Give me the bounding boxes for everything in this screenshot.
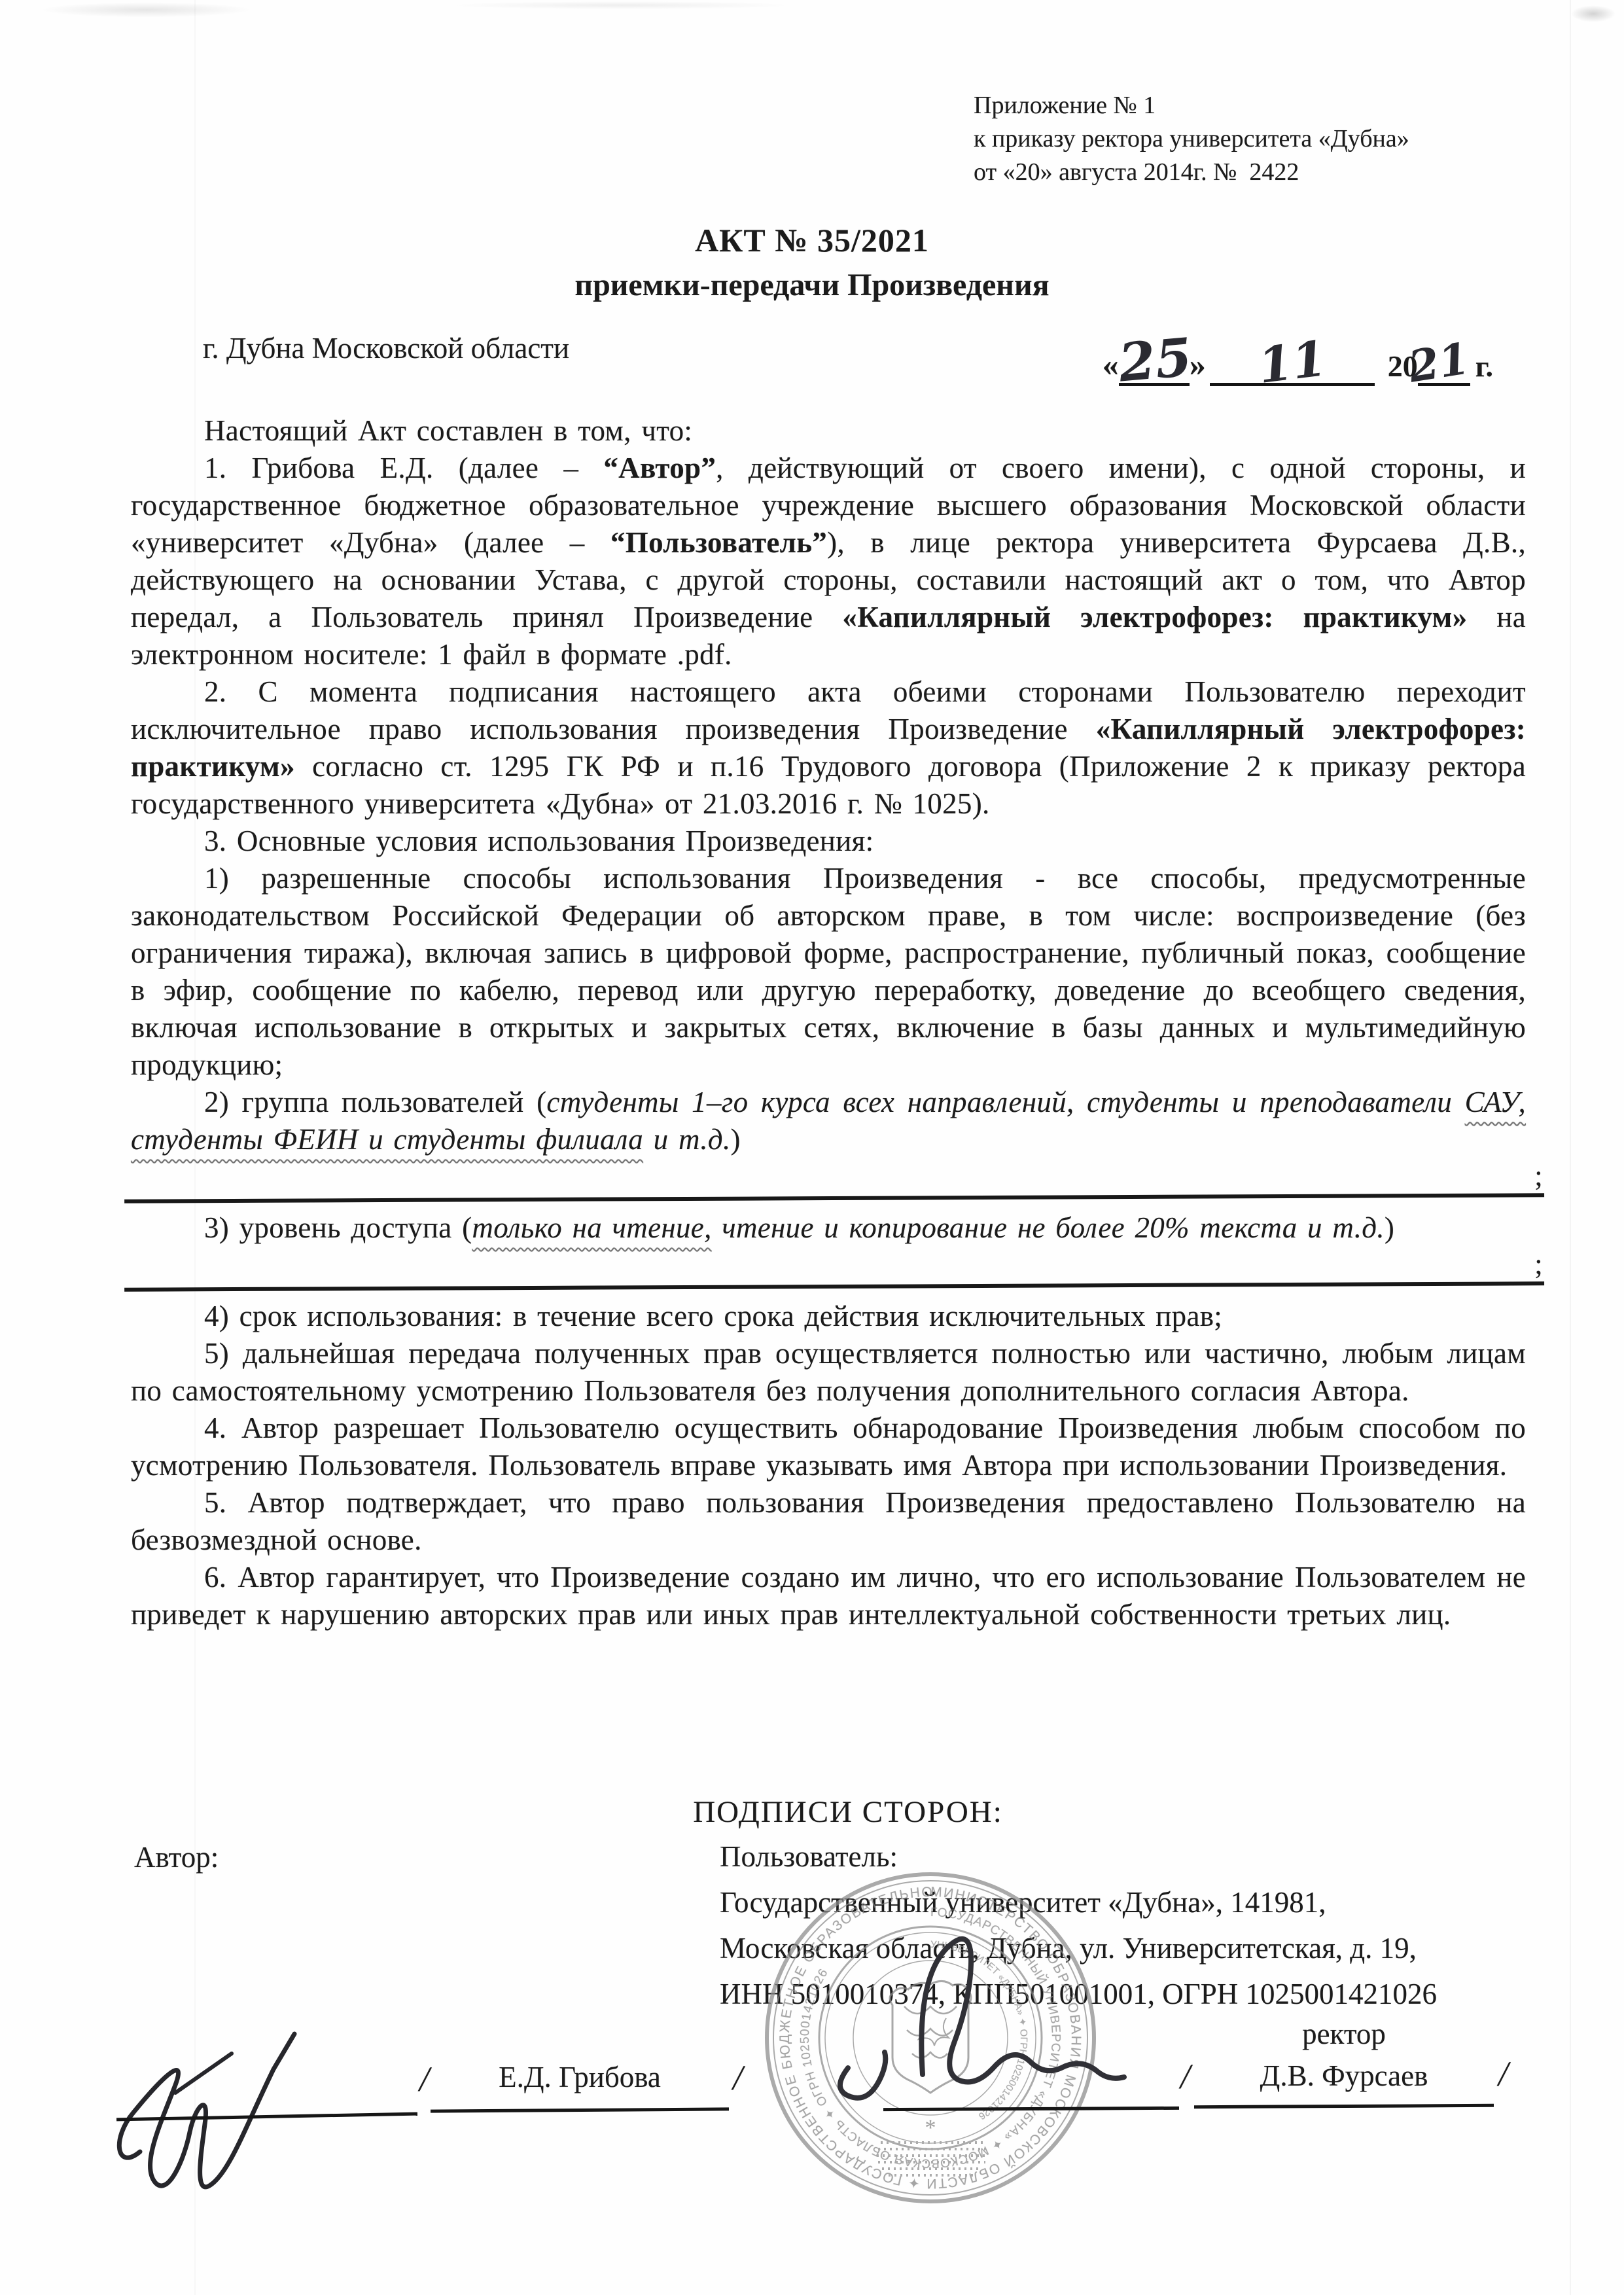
author-name-line [431,2107,729,2112]
fill-in-rule-line: ; [124,1249,1544,1291]
body-paragraph: 3. Основные условия использования Произв… [131,823,1526,860]
author-printed-name: Е.Д. Грибова [431,2060,729,2094]
text-run: 4. Автор разрешает Пользователю осуществ… [131,1412,1526,1482]
document-title: АКТ № 35/2021 приемки-передачи Произведе… [0,221,1624,303]
separator-slash: / [419,2059,429,2099]
body-paragraph: 5. Автор подтверждает, что право пользов… [131,1484,1526,1559]
rule-tail-semicolon: ; [1534,1159,1543,1192]
scan-noise-smudge [5,0,287,20]
body-paragraph: 1) разрешенные способы использования Про… [131,860,1526,1084]
rule-tail-semicolon: ; [1534,1247,1543,1280]
body-paragraph: 5) дальнейшая передача полученных прав о… [131,1335,1526,1410]
emphasis-text: “Автор” [603,452,716,484]
year-suffix: г. [1475,349,1493,386]
rector-role-label: ректор [1194,2017,1494,2051]
body-paragraph: 2. С момента подписания настоящего акта … [131,673,1526,823]
author-signature [77,2014,352,2211]
fill-in-rule-line: ; [124,1160,1544,1203]
body-paragraph: 1. Грибова Е.Д. (далее – “Автор”, действ… [131,450,1526,673]
separator-slash: / [1180,2056,1190,2097]
text-run: и т.д. [643,1123,730,1156]
act-body-text: Настоящий Акт составлен в том, что:1. Гр… [131,412,1526,1633]
scan-noise-smudge [1564,3,1623,25]
scan-noise-smudge [393,0,851,10]
scanned-act-document: Приложение № 1 к приказу ректора универс… [0,0,1624,2295]
day-blank-line: 25 [1119,329,1190,386]
appendix-line: Приложение № 1 [974,89,1409,122]
appendix-line: от «20» августа 2014г. № 2422 [974,156,1409,189]
text-run: ) [1385,1211,1394,1244]
year-blank-line: 21 [1418,337,1470,386]
pen-underlined-text: только на чтение, [472,1211,711,1244]
place-and-date-row: г. Дубна Московской области « 25 » 11 20… [203,325,1493,386]
body-paragraph: 2) группа пользователей (студенты 1–го к… [131,1084,1526,1158]
act-subtitle: приемки-передачи Произведения [0,267,1624,303]
scanner-artifact-line [1570,0,1571,2295]
text-run: 5) дальнейшая передача полученных прав о… [131,1337,1526,1407]
text-run: ) [731,1123,741,1156]
text-run: 3) уровень доступа ( [204,1211,472,1244]
text-run: согласно ст. 1295 ГК РФ и п.16 Трудового… [131,750,1526,820]
text-run: Настоящий Акт составлен в том, что: [204,414,692,447]
open-quote: « [1103,346,1119,386]
text-run: 1. Грибова Е.Д. (далее – [204,452,603,484]
body-paragraph: Настоящий Акт составлен в том, что: [131,412,1526,450]
author-label: Автор: [134,1840,219,1874]
body-paragraph: 6. Автор гарантирует, что Произведение с… [131,1559,1526,1633]
act-number-title: АКТ № 35/2021 [0,221,1624,259]
handwritten-year: 21 [1403,332,1474,393]
month-blank-line: 11 [1210,334,1375,386]
text-run: студенты 1–го курса всех направлений, ст… [546,1086,1464,1118]
text-run: 4) срок использования: в течение всего с… [204,1300,1222,1332]
rector-name-line [1194,2104,1494,2108]
emphasis-text: “Пользователь” [610,526,827,559]
emphasis-text: «Капиллярный электрофорез: практикум» [842,601,1467,633]
appendix-header: Приложение № 1 к приказу ректора универс… [974,89,1409,189]
text-run: 5. Автор подтверждает, что право пользов… [131,1486,1526,1556]
body-paragraph: 4. Автор разрешает Пользователю осуществ… [131,1410,1526,1484]
place-line: г. Дубна Московской области [203,331,569,365]
text-run: 6. Автор гарантирует, что Произведение с… [131,1561,1526,1631]
text-run: 2) группа пользователей ( [204,1086,546,1118]
separator-slash: / [1498,2054,1508,2094]
appendix-line: к приказу ректора университета «Дубна» [974,122,1409,156]
date-fill-in: « 25 » 11 20 21 г. [1103,329,1493,386]
separator-slash: / [733,2057,743,2098]
body-paragraph: 4) срок использования: в течение всего с… [131,1298,1526,1335]
signatures-heading: ПОДПИСИ СТОРОН: [0,1794,1624,1830]
body-paragraph: 3) уровень доступа (только на чтение, чт… [131,1209,1526,1247]
text-run: 3. Основные условия использования Произв… [204,825,874,857]
rector-printed-name: Д.В. Фурсаев [1194,2059,1494,2093]
handwritten-day: 25 [1116,326,1192,393]
text-run: чтение и копирование не более 20% текста… [712,1211,1385,1244]
text-run: 1) разрешенные способы использования Про… [131,862,1526,1081]
handwritten-month: 11 [1207,325,1377,400]
rector-signature [785,1896,1230,2132]
